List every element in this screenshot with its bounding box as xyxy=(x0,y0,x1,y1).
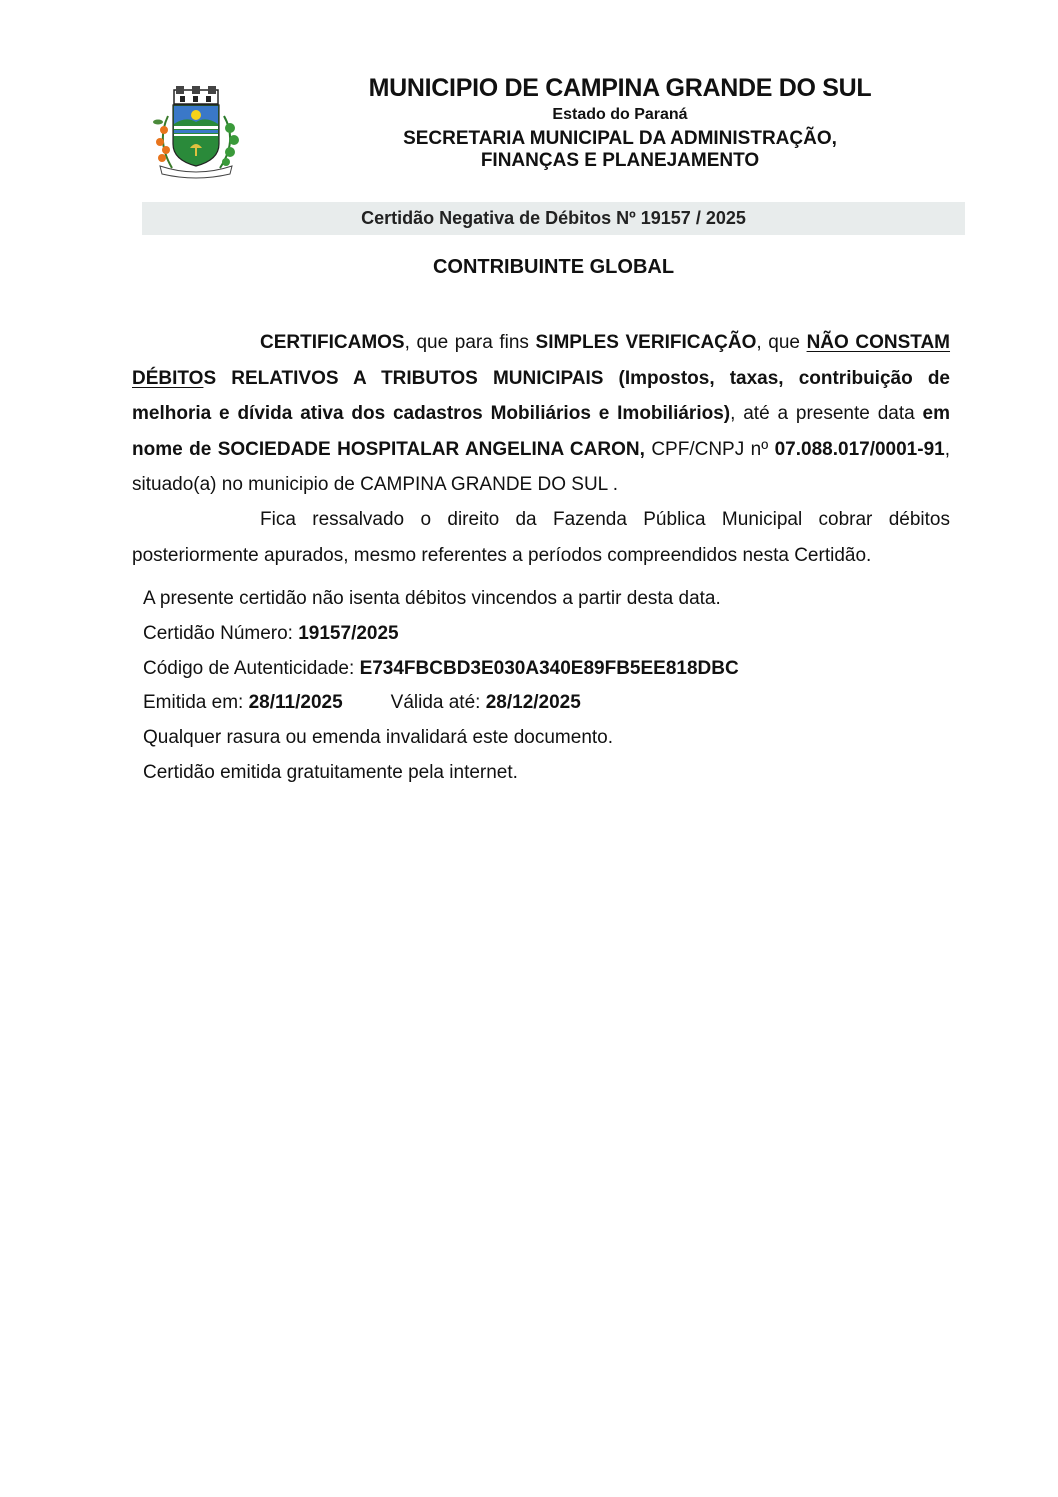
reservation-text: Fica ressalvado o direito da Fazenda Púb… xyxy=(132,509,950,566)
municipality-name: MUNICIPIO DE CAMPINA GRANDE DO SUL xyxy=(300,74,940,103)
erasure-notice: Qualquer rasura ou emenda invalidará est… xyxy=(143,721,739,756)
number-label: Certidão Número: xyxy=(143,623,298,644)
secretariat-line-1: SECRETARIA MUNICIPAL DA ADMINISTRAÇÃO, xyxy=(300,128,940,150)
valid-until-date: 28/12/2025 xyxy=(486,692,581,713)
text-segment: , que xyxy=(756,332,806,353)
certificate-number: 19157/2025 xyxy=(298,623,398,644)
coat-of-arms-icon xyxy=(146,86,246,180)
purpose-text: SIMPLES VERIFICAÇÃO xyxy=(536,332,757,353)
validity-notice: A presente certidão não isenta débitos v… xyxy=(143,582,739,617)
text-segment: , até a presente data xyxy=(730,403,922,424)
reservation-paragraph: Fica ressalvado o direito da Fazenda Púb… xyxy=(132,502,950,573)
cnpj-number: 07.088.017/0001-91 xyxy=(775,439,945,460)
authenticity-code: E734FBCBD3E030A340E89FB5EE818DBC xyxy=(360,658,739,679)
issued-date: 28/11/2025 xyxy=(249,692,343,713)
issued-label: Emitida em: xyxy=(143,692,249,713)
secretariat-line-2: FINANÇAS E PLANEJAMENTO xyxy=(300,150,940,172)
certificate-title-bar: Certidão Negativa de Débitos Nº 19157 / … xyxy=(142,202,965,235)
text-segment: CPF/CNPJ nº xyxy=(645,439,775,460)
taxpayer-type-heading: CONTRIBUINTE GLOBAL xyxy=(142,256,965,279)
dates-line: Emitida em: 28/11/2025Válida até: 28/12/… xyxy=(143,686,739,721)
certificate-number-line: Certidão Número: 19157/2025 xyxy=(143,617,739,652)
authenticity-code-line: Código de Autenticidade: E734FBCBD3E030A… xyxy=(143,652,739,687)
free-issue-notice: Certidão emitida gratuitamente pela inte… xyxy=(143,756,739,791)
auth-label: Código de Autenticidade: xyxy=(143,658,360,679)
certificate-info: A presente certidão não isenta débitos v… xyxy=(143,582,739,791)
valid-label: Válida até: xyxy=(391,692,486,713)
text-segment: , que para fins xyxy=(405,332,536,353)
state-name: Estado do Paraná xyxy=(300,106,940,124)
certify-text: CERTIFICAMOS xyxy=(260,332,405,353)
certification-paragraph: CERTIFICAMOS, que para fins SIMPLES VERI… xyxy=(132,325,950,503)
